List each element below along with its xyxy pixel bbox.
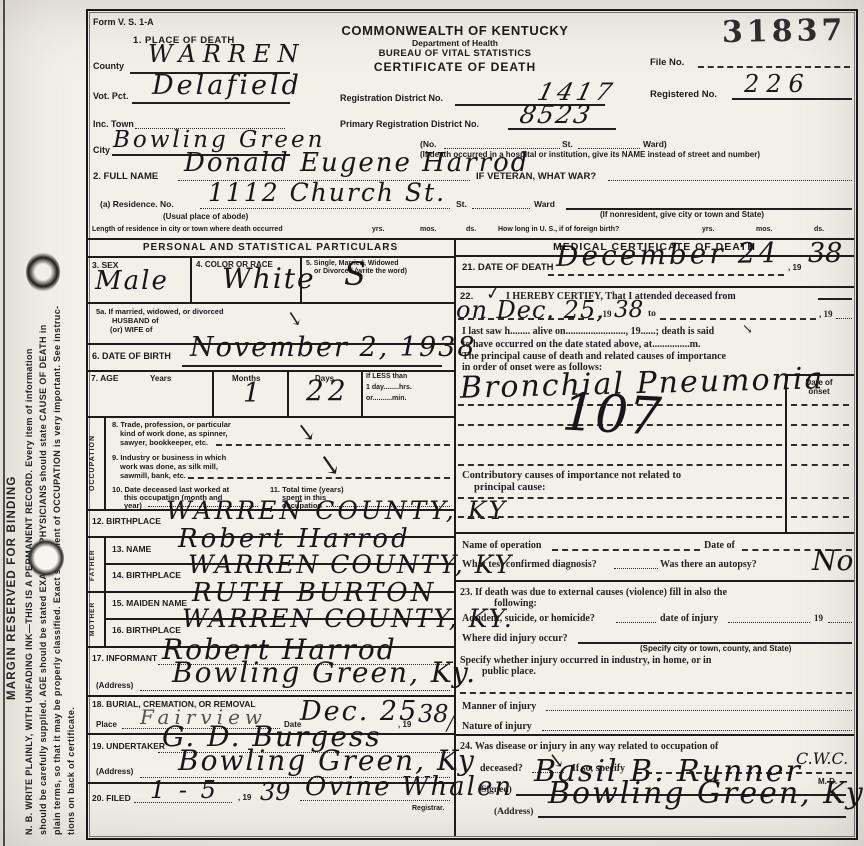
dod-year-19: , 19 xyxy=(788,264,801,272)
manner-of-injury-label: Manner of injury xyxy=(462,702,536,713)
vot-pct-label: Vot. Pct. xyxy=(93,92,128,101)
stamp-number: 31837 xyxy=(722,17,847,46)
mother-name-value: Ruth Burton xyxy=(192,582,436,605)
burial-year-value: 38 xyxy=(418,704,449,726)
occupation-label-2: kind of work done, as spinner, xyxy=(120,430,228,438)
undertaker-address-label: (Address) xyxy=(96,768,133,776)
yrs-label-1: yrs. xyxy=(372,226,384,233)
if-less-label-1: If LESS than xyxy=(366,373,407,380)
signed-label: (Signed) xyxy=(478,786,512,796)
county-value: Warren xyxy=(148,44,305,66)
signature-suffix-cwc: C.W.C. xyxy=(796,752,848,766)
undertaker-label: 19. UNDERTAKER xyxy=(92,742,165,751)
married-to-label-2: HUSBAND of xyxy=(112,317,159,325)
industry-label-1: 9. Industry or business in which xyxy=(112,454,226,462)
registered-no-value: 226 xyxy=(744,74,811,96)
related-occupation-text-1: 24. Was disease or injury in any way rel… xyxy=(460,742,718,753)
form-number: Form V. S. 1-A xyxy=(93,18,154,27)
married-to-label-3: (or) WIFE of xyxy=(110,326,153,334)
date-of-death-label: 21. DATE OF DEATH xyxy=(462,263,554,273)
hole-punch-bottom xyxy=(28,538,64,578)
last-saw-text-2: to have occurred on the date stated abov… xyxy=(462,340,700,351)
father-name-label: 13. NAME xyxy=(112,545,151,554)
related-occupation-text-2: deceased? xyxy=(480,764,523,775)
specify-whether-text-2: public place. xyxy=(482,667,536,678)
cause-code-value: 107 xyxy=(561,389,663,441)
informant-address-label: (Address) xyxy=(96,682,133,690)
registration-district-label: Registration District No. xyxy=(340,94,443,103)
filed-year-19: , 19 xyxy=(238,794,251,802)
commonwealth-title: COMMONWEALTH OF KENTUCKY xyxy=(310,24,600,38)
nature-of-injury-label: Nature of injury xyxy=(462,722,532,733)
informant-address-value: Bowling Green, Ky. xyxy=(172,660,477,685)
mos-label-1: mos. xyxy=(420,226,436,233)
father-side-label: FATHER xyxy=(89,540,96,590)
sex-value: Male xyxy=(95,270,169,293)
contributory-text-1: Contributory causes of importance not re… xyxy=(462,470,681,481)
how-long-us-label: How long in U. S., if of foreign birth? xyxy=(498,226,619,233)
external-causes-text-2: following: xyxy=(494,599,537,610)
specify-city-note: (Specify city or town, county, and State… xyxy=(640,645,791,653)
handwritten-slash-mark: ╱ xyxy=(446,714,455,732)
ds-label-2: ds. xyxy=(814,226,824,233)
margin-nb-line-1: N. B. WRITE PLAINLY, WITH UNFADING INK—T… xyxy=(24,25,34,835)
where-injury-label: Where did injury occur? xyxy=(462,634,568,645)
abode-note: (Usual place of abode) xyxy=(163,213,248,221)
birthplace-value: Warren County, Ky xyxy=(166,500,508,523)
color-race-value: White xyxy=(222,266,316,291)
margin-binding-note: MARGIN RESERVED FOR BINDING xyxy=(6,360,18,700)
length-residence-label: Length of residence in city or town wher… xyxy=(92,226,283,233)
nonresident-note: (If nonresident, give city or town and S… xyxy=(600,211,764,219)
mother-name-label: 15. MAIDEN NAME xyxy=(112,599,187,608)
attended-to-year-19: , 19 xyxy=(819,310,833,319)
handwritten-arrow-mark-8: ↘ xyxy=(294,417,318,448)
age-days-value: 22 xyxy=(306,378,350,403)
occupation-label-1: 8. Trade, profession, or particular xyxy=(112,421,231,429)
father-birthplace-label: 14. BIRTHPLACE xyxy=(112,571,181,580)
filed-label: 20. FILED xyxy=(92,794,131,803)
married-to-label-1: 5a. If married, widowed, or divorced xyxy=(96,308,224,316)
industry-label-3: sawmill, bank, etc. xyxy=(120,472,186,480)
margin-nb-line-3: plain terms, so that it may be properly … xyxy=(52,25,62,835)
date-of-death-value: December 24 xyxy=(556,240,780,269)
occupation-side-label: OCCUPATION xyxy=(89,420,96,506)
margin-nb-line-2: should be carefully supplied. AGE should… xyxy=(38,25,48,835)
mother-side-label: MOTHER xyxy=(89,594,96,644)
primary-registration-label: Primary Registration District No. xyxy=(340,120,479,129)
handwritten-arrow-mark-lastsaw: ↘ xyxy=(742,322,753,337)
mos-label-2: mos. xyxy=(756,226,772,233)
full-name-label: 2. FULL NAME xyxy=(93,172,158,182)
residence-ward-label: Ward xyxy=(534,200,555,209)
yrs-label-2: yrs. xyxy=(702,226,714,233)
attended-year-19: , 19 xyxy=(598,310,612,319)
residence-st-label: St. xyxy=(456,200,467,209)
father-name-value: Robert Harrod xyxy=(178,528,411,551)
age-label: 7. AGE xyxy=(91,374,119,383)
operation-date-of-label: Date of xyxy=(704,541,735,552)
street-st-label: St. xyxy=(562,140,573,149)
if-less-label-2: 1 day........hrs. xyxy=(366,384,412,391)
attended-from-value: on Dec. 25, xyxy=(456,300,605,322)
attended-year-value: 38 xyxy=(614,300,643,321)
burial-place-label: Place xyxy=(96,721,117,729)
autopsy-label: Was there an autopsy? xyxy=(660,560,757,571)
principal-cause-text-1: The principal cause of death and related… xyxy=(462,352,726,363)
physician-address-label: (Address) xyxy=(494,808,533,818)
filed-date-value: 1 - 5 xyxy=(150,780,219,802)
residence-label: (a) Residence. No. xyxy=(100,200,174,209)
injury-19-label: 19 xyxy=(814,614,823,623)
street-ward-label: Ward) xyxy=(643,140,667,149)
burial-year-19: , 19 xyxy=(398,721,411,729)
registrar-label: Registrar. xyxy=(412,805,444,812)
residence-value: 1112 Church St. xyxy=(208,182,446,205)
bureau-subtitle: BUREAU OF VITAL STATISTICS xyxy=(310,49,600,59)
attended-to-label: to xyxy=(648,310,656,320)
operation-label: Name of operation xyxy=(462,541,541,552)
primary-registration-value: 8523 xyxy=(518,104,594,127)
certificate-title: CERTIFICATE OF DEATH xyxy=(310,61,600,74)
county-label: County xyxy=(93,62,124,71)
death-certificate-page: MARGIN RESERVED FOR BINDING N. B. WRITE … xyxy=(0,0,864,846)
if-less-label-3: or..........min. xyxy=(366,395,406,402)
vot-pct-value: Delafield xyxy=(152,74,302,98)
undertaker-address-value: Bowling Green, Ky xyxy=(178,748,476,773)
autopsy-value: No xyxy=(812,548,853,573)
age-years-label: Years xyxy=(150,375,171,383)
external-causes-text-1: 23. If death was due to external causes … xyxy=(460,588,727,599)
margin-nb-line-4: tions on back of certificate. xyxy=(66,25,76,835)
scan-edge-line xyxy=(3,0,5,846)
personal-section-title: PERSONAL AND STATISTICAL PARTICULARS xyxy=(86,243,455,254)
occupation-label-3: sawyer, bookkeeper, etc. xyxy=(120,439,208,447)
injury-date-label: date of injury xyxy=(660,614,718,625)
dod-year-value: 38 xyxy=(808,242,842,266)
city-label: City xyxy=(93,146,110,155)
informant-label: 17. INFORMANT xyxy=(92,654,157,663)
age-months-value: 1 xyxy=(243,382,260,406)
physician-address-value: Bowling Green, Ky xyxy=(548,780,864,807)
department-subtitle: Department of Health xyxy=(310,39,600,48)
date-of-birth-value: November 2, 1938 xyxy=(190,336,477,360)
test-confirmed-label: What test confirmed diagnosis? xyxy=(462,560,597,571)
ds-label-1: ds. xyxy=(466,226,476,233)
birthplace-label: 12. BIRTHPLACE xyxy=(92,517,161,526)
file-no-label: File No. xyxy=(650,58,684,68)
filed-year-value: 39 xyxy=(260,782,291,804)
registered-no-label: Registered No. xyxy=(650,90,717,100)
specify-whether-text-1: Specify whether injury occurred in indus… xyxy=(460,656,711,667)
marital-value: S xyxy=(344,260,366,289)
industry-label-2: work was done, as silk mill, xyxy=(120,463,218,471)
last-saw-text-1: I last saw h........ alive on...........… xyxy=(462,327,714,338)
hole-punch-top xyxy=(26,252,60,292)
date-of-birth-label: 6. DATE OF BIRTH xyxy=(92,352,171,361)
contributory-text-2: principal cause: xyxy=(474,482,545,493)
accident-label: Accident, suicide, or homicide? xyxy=(462,614,595,625)
veteran-label: IF VETERAN, WHAT WAR? xyxy=(476,172,596,182)
